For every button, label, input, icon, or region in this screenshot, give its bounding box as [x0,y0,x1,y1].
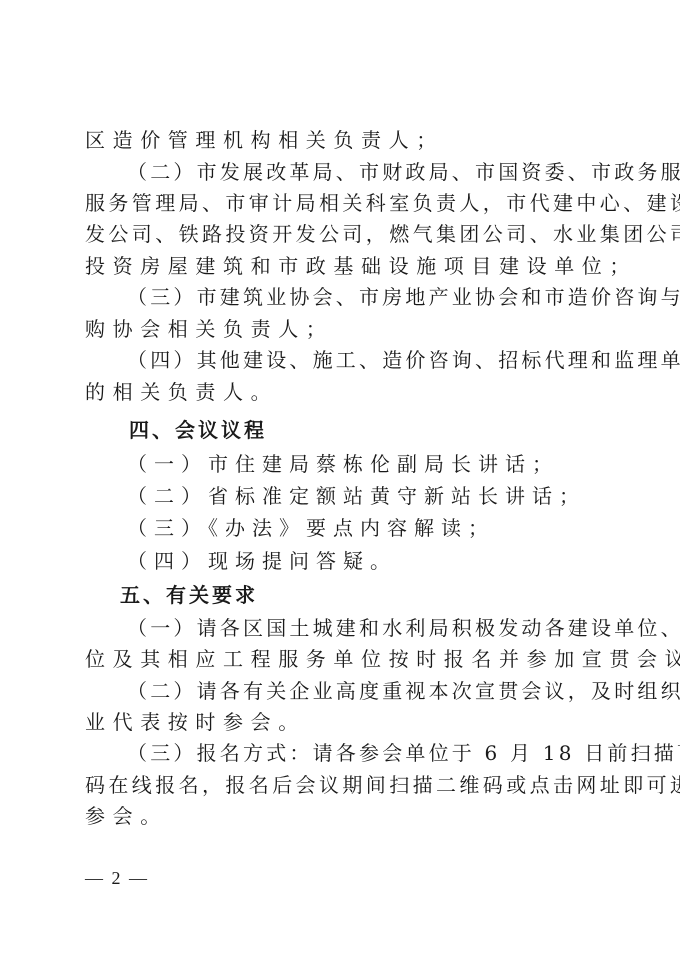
paragraph-line: 位及其相应工程服务单位按时报名并参加宣贯会议。 [85,647,605,671]
document-page: 区造价管理机构相关负责人；（二）市发展改革局、市财政局、市国资委、市政务服务数据… [0,0,680,962]
paragraph-line: （二）请各有关企业高度重视本次宣贯会议，及时组织相关企 [127,679,647,703]
paragraph-line: （四）其他建设、施工、造价咨询、招标代理和监理单位代表 [127,348,647,372]
paragraph-line: 码在线报名，报名后会议期间扫描二维码或点击网址即可进入会场 [85,773,605,797]
paragraph-line: （三）市建筑业协会、市房地产业协会和市造价咨询与招标采 [127,285,647,309]
paragraph-line: （二）市发展改革局、市财政局、市国资委、市政务服务数据 [127,160,647,184]
paragraph-line: （三）《办法》要点内容解读； [127,516,647,540]
paragraph-line: （一）请各区国土城建和水利局积极发动各建设单位、施工单 [127,616,647,640]
page-number: — 2 — [85,868,149,889]
section-heading: 四、会议议程 [129,418,649,442]
paragraph-line: 发公司、铁路投资开发公司，燃气集团公司、水业集团公司等市级 [85,222,605,246]
paragraph-line: 投资房屋建筑和市政基础设施项目建设单位； [85,254,605,278]
paragraph-line: 购协会相关负责人； [85,317,605,341]
paragraph-line: 服务管理局、市审计局相关科室负责人，市代建中心、建设投资开 [85,191,605,215]
paragraph-line: （三）报名方式：请各参会单位于 6 月 18 日前扫描下方二维 [127,741,647,765]
paragraph-line: 的相关负责人。 [85,380,605,404]
section-heading: 五、有关要求 [120,583,640,607]
paragraph-line: （一）市住建局蔡栋伦副局长讲话； [127,452,647,476]
paragraph-line: 业代表按时参会。 [85,710,605,734]
paragraph-line: 参会。 [85,804,605,828]
paragraph-line: （四）现场提问答疑。 [127,549,647,573]
paragraph-line: （二）省标准定额站黄守新站长讲话； [127,484,647,508]
paragraph-line: 区造价管理机构相关负责人； [85,128,605,152]
